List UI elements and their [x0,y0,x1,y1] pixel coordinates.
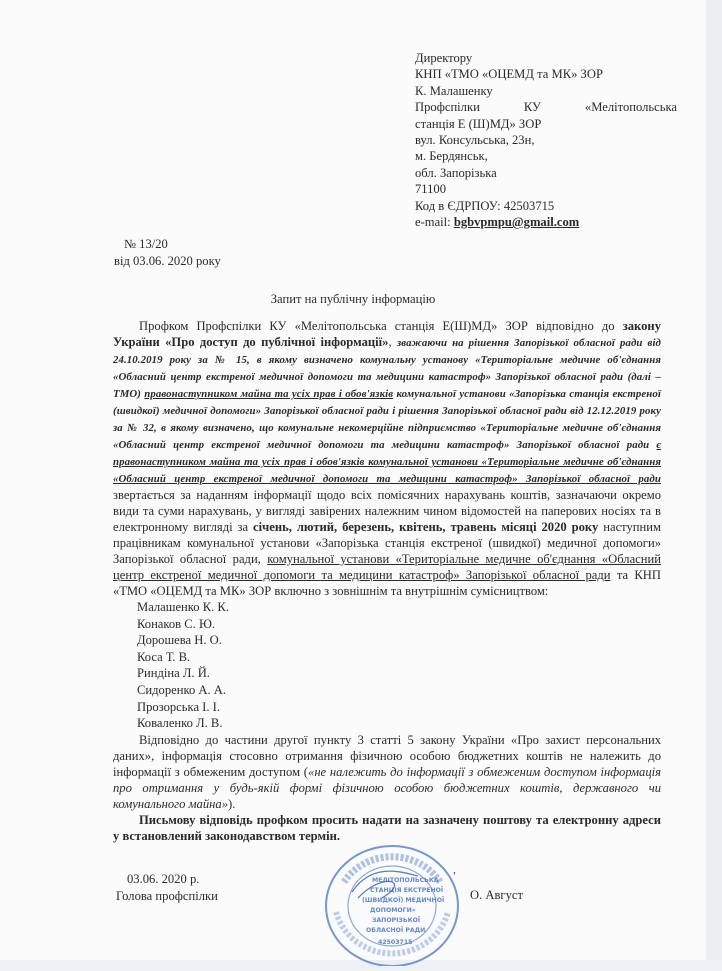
addressee-block: Директору КНП «ТМО «ОЦЕМД та МК» ЗОР К. … [415,50,705,230]
svg-text:МЕЛІТОПОЛЬСЬКА: МЕЛІТОПОЛЬСЬКА [372,877,439,884]
addressee-line: КНП «ТМО «ОЦЕМД та МК» ЗОР [415,66,705,82]
sender-line: станція Е (Ш)МД» ЗОР [415,116,705,132]
text: ). [228,797,235,811]
employee-name: Конаков С. Ю. [137,616,661,633]
employee-name: Коваленко Л. В. [137,715,661,732]
addressee-line: Директору [415,50,705,66]
sender-line: обл. Запорізька [415,165,705,181]
sender-part: КУ [524,99,541,115]
employee-name: Риндіна Л. Й. [137,665,661,682]
official-stamp: МЕЛІТОПОЛЬСЬКА СТАНЦІЯ ЕКСТРЕНОЇ (ШВИДКО… [322,842,462,960]
sender-line: Код в ЄДРПОУ: 42503715 [415,198,705,214]
footer-date: 03.06. 2020 р. [127,871,218,888]
employee-name: Прозорська І. І. [137,699,661,716]
signatory-name: О. Август [470,888,523,903]
months-period: січень, лютий, березень, квітень, травен… [253,520,598,534]
reference-date: від 03.06. 2020 року [114,253,221,270]
sender-line: м. Бердянськ, [415,148,705,164]
document-title: Запит на публічну інформацію [0,292,706,307]
decision-citation: зважаючи на рішення Запорізької обласної… [113,337,661,485]
svg-text:ЗАПОРІЗЬКОЇ: ЗАПОРІЗЬКОЇ [372,915,421,924]
underlined-text: правонаступником майна та усіх прав і об… [144,388,393,400]
footer-position: Голова профспілки [116,888,218,905]
footer-block: 03.06. 2020 р. Голова профспілки [127,871,218,905]
paragraph-request: Профком Профспілки КУ «Мелітопольська ст… [113,318,661,599]
employee-name: Коса Т. В. [137,649,661,666]
svg-text:42503715: 42503715 [378,939,412,946]
viewer-margin [706,0,722,960]
email-label: e-mail: [415,215,454,229]
sender-line-justified: Профспілки КУ «Мелітопольська [415,99,677,115]
reference-number: № 13/20 [114,236,221,253]
stamp-icon: МЕЛІТОПОЛЬСЬКА СТАНЦІЯ ЕКСТРЕНОЇ (ШВИДКО… [322,842,462,960]
svg-text:ОБЛАСНОЇ РАДИ: ОБЛАСНОЇ РАДИ [366,925,425,934]
employee-name: Сидоренко А. А. [137,682,661,699]
text: , [388,335,397,349]
document-body: Профком Профспілки КУ «Мелітопольська ст… [113,318,661,844]
sender-part: Профспілки [415,99,480,115]
sender-line: вул. Консульська, 23н, [415,132,705,148]
paragraph-legal-basis: Відповідно до частини другої пункту 3 ст… [113,732,661,812]
addressee-line: К. Малашенку [415,83,705,99]
svg-text:(ШВИДКОЇ) МЕДИЧНОЇ: (ШВИДКОЇ) МЕДИЧНОЇ [362,895,445,904]
paragraph-response-request: Письмову відповідь профком просить надат… [113,812,661,844]
employee-name: Дорошева Н. О. [137,632,661,649]
sender-line: 71100 [415,181,705,197]
employee-name: Малашенко К. К. [137,599,661,616]
email-line: e-mail: bgbvpmpu@gmail.com [415,214,705,230]
reference-block: № 13/20 від 03.06. 2020 року [114,236,221,269]
sender-part: «Мелітопольська [585,99,677,115]
text: Профком Профспілки КУ «Мелітопольська ст… [139,319,623,333]
employee-list: Малашенко К. К. Конаков С. Ю. Дорошева Н… [113,599,661,732]
svg-text:СТАНЦІЯ ЕКСТРЕНОЇ: СТАНЦІЯ ЕКСТРЕНОЇ [370,885,444,894]
document-page: Директору КНП «ТМО «ОЦЕМД та МК» ЗОР К. … [0,0,706,960]
email-link[interactable]: bgbvpmpu@gmail.com [454,215,579,229]
svg-text:ДОПОМОГИ»: ДОПОМОГИ» [370,907,416,914]
